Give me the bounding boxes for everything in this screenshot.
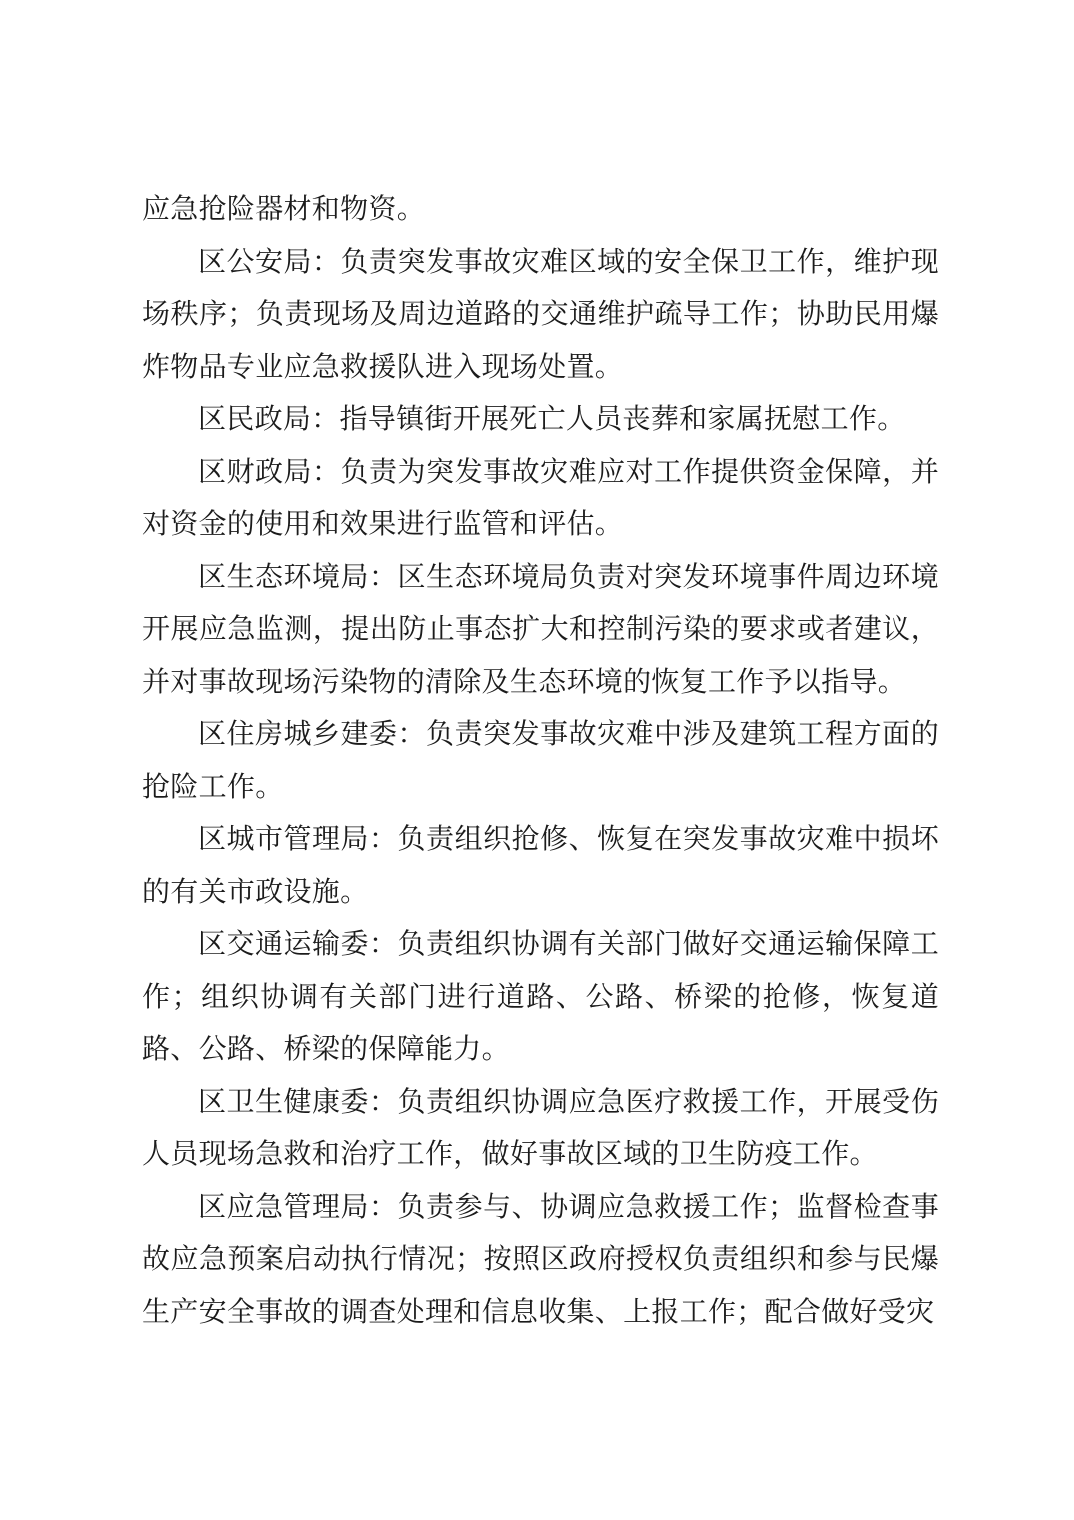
document-page: 应急抢险器材和物资。区公安局：负责突发事故灾难区域的安全保卫工作，维护现场秩序；… — [0, 0, 1074, 1520]
paragraph: 区公安局：负责突发事故灾难区域的安全保卫工作，维护现场秩序；负责现场及周边道路的… — [142, 237, 939, 395]
paragraph: 区卫生健康委：负责组织协调应急医疗救援工作，开展受伤人员现场急救和治疗工作，做好… — [142, 1077, 939, 1182]
paragraph: 区生态环境局：区生态环境局负责对突发环境事件周边环境开展应急监测，提出防止事态扩… — [142, 552, 939, 710]
paragraph: 区民政局：指导镇街开展死亡人员丧葬和家属抚慰工作。 — [142, 394, 939, 447]
paragraph: 区财政局：负责为突发事故灾难应对工作提供资金保障，并对资金的使用和效果进行监管和… — [142, 447, 939, 552]
paragraph: 区交通运输委：负责组织协调有关部门做好交通运输保障工作；组织协调有关部门进行道路… — [142, 919, 939, 1077]
paragraph: 应急抢险器材和物资。 — [142, 184, 939, 237]
document-body: 应急抢险器材和物资。区公安局：负责突发事故灾难区域的安全保卫工作，维护现场秩序；… — [142, 184, 939, 1339]
paragraph: 区住房城乡建委：负责突发事故灾难中涉及建筑工程方面的抢险工作。 — [142, 709, 939, 814]
paragraph: 区城市管理局：负责组织抢修、恢复在突发事故灾难中损坏的有关市政设施。 — [142, 814, 939, 919]
paragraph: 区应急管理局：负责参与、协调应急救援工作；监督检查事故应急预案启动执行情况；按照… — [142, 1182, 939, 1340]
